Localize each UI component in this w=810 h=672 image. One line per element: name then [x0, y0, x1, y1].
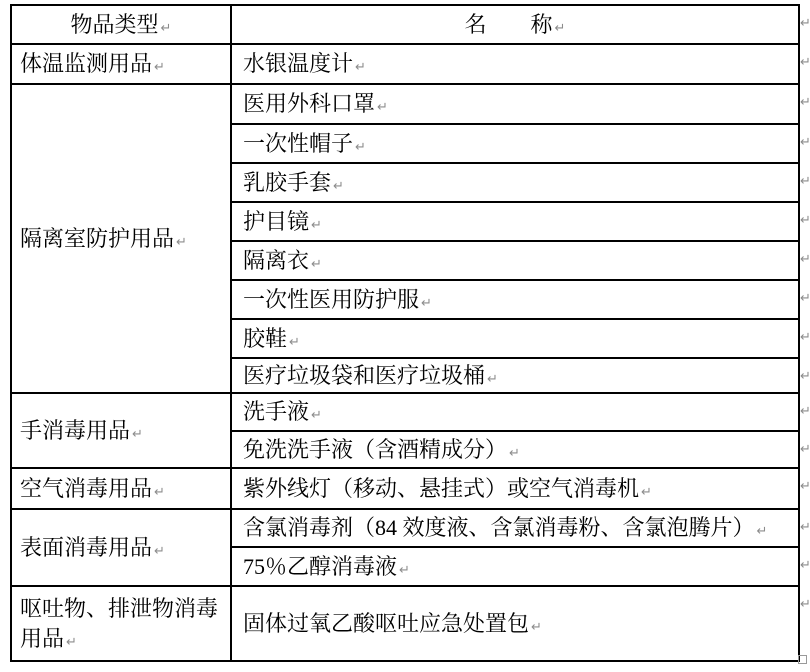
row-end-paragraph-mark: ↵ [800, 136, 810, 149]
paragraph-mark: ↵ [355, 60, 366, 75]
paragraph-mark: ↵ [355, 140, 366, 155]
table-row: 隔离室防护用品↵医用外科口罩↵ [11, 84, 799, 124]
paragraph-mark: ↵ [289, 335, 300, 350]
category-cell[interactable]: 表面消毒用品↵ [11, 509, 231, 586]
item-name-label: 水银温度计 [243, 51, 353, 76]
row-end-paragraph-mark: ↵ [800, 175, 810, 188]
paragraph-mark: ↵ [154, 60, 165, 75]
row-end-paragraph-mark: ↵ [800, 370, 810, 383]
item-name-cell[interactable]: 免洗洗手液（含酒精成分）↵ [231, 431, 799, 468]
supplies-table: 物品类型↵ 名 称↵ 体温监测用品↵水银温度计↵隔离室防护用品↵医用外科口罩↵一… [10, 4, 800, 662]
category-cell[interactable]: 体温监测用品↵ [11, 44, 231, 84]
item-name-label: 乳胶手套 [243, 170, 331, 195]
paragraph-mark: ↵ [176, 235, 187, 250]
end-of-document-mark [798, 655, 807, 664]
paragraph-mark: ↵ [757, 524, 768, 539]
category-cell[interactable]: 手消毒用品↵ [11, 393, 231, 468]
row-end-paragraph-mark: ↵ [800, 598, 810, 611]
item-name-label: 含氯消毒剂（84 效度液、含氯消毒粉、含氯泡腾片） [243, 515, 755, 540]
row-end-paragraph-mark: ↵ [800, 17, 810, 30]
row-end-paragraph-mark: ↵ [800, 559, 810, 572]
item-name-label: 一次性医用防护服 [243, 287, 419, 312]
table-row: 表面消毒用品↵含氯消毒剂（84 效度液、含氯消毒粉、含氯泡腾片）↵ [11, 509, 799, 547]
paragraph-mark: ↵ [154, 544, 165, 559]
row-end-paragraph-mark: ↵ [800, 405, 810, 418]
item-name-cell[interactable]: 紫外线灯（移动、悬挂式）或空气消毒机↵ [231, 468, 799, 509]
category-label: 呕吐物、排泄物消毒用品 [20, 596, 218, 651]
header-cell-item-type[interactable]: 物品类型↵ [11, 5, 231, 44]
category-label: 隔离室防护用品 [20, 226, 174, 251]
item-name-cell[interactable]: 一次性医用防护服↵ [231, 280, 799, 319]
header-name-label: 名 称 [465, 12, 553, 37]
item-name-cell[interactable]: 护目镜↵ [231, 202, 799, 241]
table-row: 手消毒用品↵洗手液↵ [11, 393, 799, 431]
row-end-paragraph-mark: ↵ [800, 214, 810, 227]
table-row: 体温监测用品↵水银温度计↵ [11, 44, 799, 84]
category-cell[interactable]: 空气消毒用品↵ [11, 468, 231, 509]
item-name-cell[interactable]: 乳胶手套↵ [231, 163, 799, 202]
paragraph-mark: ↵ [641, 485, 652, 500]
item-name-label: 护目镜 [243, 209, 309, 234]
paragraph-mark: ↵ [311, 257, 322, 272]
paragraph-mark: ↵ [311, 408, 322, 423]
item-name-label: 隔离衣 [243, 248, 309, 273]
paragraph-mark: ↵ [531, 620, 542, 635]
item-name-label: 75％乙醇消毒液 [243, 554, 397, 579]
header-row: 物品类型↵ 名 称↵ [11, 5, 799, 44]
item-name-cell[interactable]: 医用外科口罩↵ [231, 84, 799, 124]
item-name-label: 免洗洗手液（含酒精成分） [243, 437, 507, 462]
paragraph-mark: ↵ [161, 21, 172, 36]
item-name-label: 固体过氧乙酸呕吐应急处置包 [243, 611, 529, 636]
table-body: 物品类型↵ 名 称↵ 体温监测用品↵水银温度计↵隔离室防护用品↵医用外科口罩↵一… [11, 5, 799, 661]
paragraph-mark: ↵ [154, 485, 165, 500]
row-end-paragraph-mark: ↵ [800, 56, 810, 69]
category-cell[interactable]: 呕吐物、排泄物消毒用品↵ [11, 586, 231, 661]
item-name-cell[interactable]: 固体过氧乙酸呕吐应急处置包↵ [231, 586, 799, 661]
item-name-label: 紫外线灯（移动、悬挂式）或空气消毒机 [243, 476, 639, 501]
item-name-label: 一次性帽子 [243, 131, 353, 156]
row-end-paragraph-mark: ↵ [800, 480, 810, 493]
item-name-cell[interactable]: 含氯消毒剂（84 效度液、含氯消毒粉、含氯泡腾片）↵ [231, 509, 799, 547]
row-end-paragraph-mark: ↵ [800, 253, 810, 266]
row-end-paragraph-mark: ↵ [800, 292, 810, 305]
item-name-cell[interactable]: 洗手液↵ [231, 393, 799, 431]
row-end-paragraph-mark: ↵ [800, 96, 810, 109]
paragraph-mark: ↵ [487, 372, 498, 387]
item-name-cell[interactable]: 水银温度计↵ [231, 44, 799, 84]
paragraph-mark: ↵ [555, 21, 566, 36]
paragraph-mark: ↵ [311, 218, 322, 233]
item-name-label: 胶鞋 [243, 326, 287, 351]
paragraph-mark: ↵ [421, 296, 432, 311]
item-name-cell[interactable]: 75％乙醇消毒液↵ [231, 547, 799, 586]
item-name-label: 医用外科口罩 [243, 91, 375, 116]
paragraph-mark: ↵ [399, 563, 410, 578]
row-end-paragraph-mark: ↵ [800, 443, 810, 456]
item-name-cell[interactable]: 医疗垃圾袋和医疗垃圾桶↵ [231, 358, 799, 393]
category-label: 空气消毒用品 [20, 476, 152, 501]
item-name-label: 洗手液 [243, 399, 309, 424]
table-row: 呕吐物、排泄物消毒用品↵固体过氧乙酸呕吐应急处置包↵ [11, 586, 799, 661]
paragraph-mark: ↵ [333, 179, 344, 194]
category-label: 体温监测用品 [20, 51, 152, 76]
header-item-type-label: 物品类型 [71, 12, 159, 37]
paragraph-mark: ↵ [509, 446, 520, 461]
row-end-paragraph-mark: ↵ [800, 521, 810, 534]
paragraph-mark: ↵ [66, 635, 77, 650]
item-name-cell[interactable]: 隔离衣↵ [231, 241, 799, 280]
category-label: 手消毒用品 [20, 418, 130, 443]
category-label: 表面消毒用品 [20, 535, 152, 560]
header-cell-name[interactable]: 名 称↵ [231, 5, 799, 44]
row-end-paragraph-mark: ↵ [800, 331, 810, 344]
item-name-cell[interactable]: 一次性帽子↵ [231, 124, 799, 163]
table-row: 空气消毒用品↵紫外线灯（移动、悬挂式）或空气消毒机↵ [11, 468, 799, 509]
paragraph-mark: ↵ [132, 427, 143, 442]
item-name-cell[interactable]: 胶鞋↵ [231, 319, 799, 358]
item-name-label: 医疗垃圾袋和医疗垃圾桶 [243, 363, 485, 388]
category-cell[interactable]: 隔离室防护用品↵ [11, 84, 231, 393]
paragraph-mark: ↵ [377, 100, 388, 115]
